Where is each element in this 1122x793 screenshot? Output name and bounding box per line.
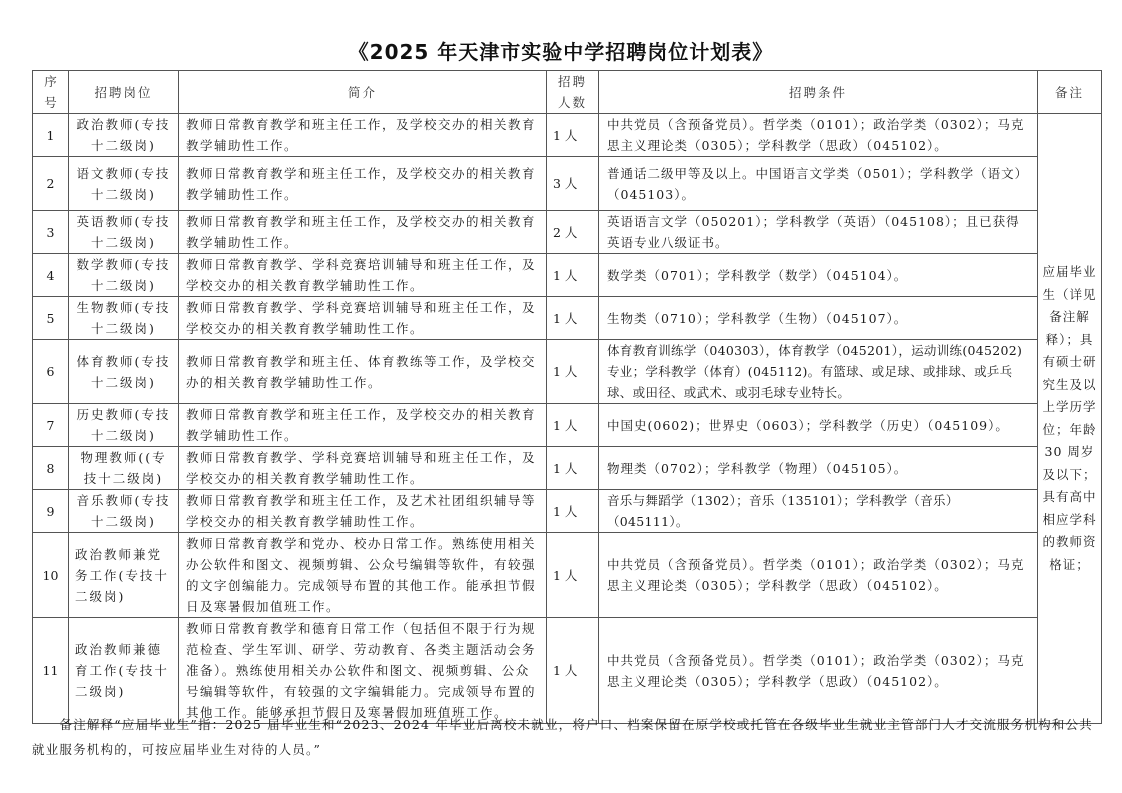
row-desc: 教师日常教育教学和班主任工作，及学校交办的相关教育教学辅助性工作。 <box>179 157 547 211</box>
row-post: 语文教师(专技十二级岗) <box>69 157 179 211</box>
row-desc: 教师日常教育教学和班主任工作，及学校交办的相关教育教学辅助性工作。 <box>179 211 547 254</box>
row-post: 政治教师(专技十二级岗) <box>69 114 179 157</box>
row-no: 11 <box>33 618 69 724</box>
row-desc: 教师日常教育教学和班主任工作，及学校交办的相关教育教学辅助性工作。 <box>179 404 547 447</box>
row-no: 4 <box>33 254 69 297</box>
row-post: 政治教师兼德育工作(专技十二级岗) <box>69 618 179 724</box>
row-requirements: 普通话二级甲等及以上。中国语言文学类（0501）；学科教学（语文）（045103… <box>599 157 1038 211</box>
table-row: 8 物理教师((专技十二级岗) 教师日常教育教学、学科竞赛培训辅导和班主任工作，… <box>33 447 1102 490</box>
row-post: 历史教师(专技十二级岗) <box>69 404 179 447</box>
row-requirements: 中共党员（含预备党员）。哲学类（0101）；政治学类（0302）；马克思主义理论… <box>599 533 1038 618</box>
row-count: 1 人 <box>547 490 599 533</box>
row-desc: 教师日常教育教学和班主任、体育教练等工作，及学校交办的相关教育教学辅助性工作。 <box>179 340 547 404</box>
row-post: 体育教师(专技十二级岗) <box>69 340 179 404</box>
header-desc: 简介 <box>179 71 547 114</box>
row-no: 2 <box>33 157 69 211</box>
row-count: 1 人 <box>547 340 599 404</box>
row-requirements: 中国史(0602)；世界史（0603）；学科教学（历史）（045109）。 <box>599 404 1038 447</box>
header-remark: 备注 <box>1038 71 1102 114</box>
row-post: 政治教师兼党务工作(专技十二级岗) <box>69 533 179 618</box>
row-no: 9 <box>33 490 69 533</box>
row-requirements: 音乐与舞蹈学（1302）；音乐（135101）；学科教学（音乐）（045111）… <box>599 490 1038 533</box>
row-count: 1 人 <box>547 404 599 447</box>
table-row: 10 政治教师兼党务工作(专技十二级岗) 教师日常教育教学和党办、校办日常工作。… <box>33 533 1102 618</box>
row-requirements: 物理类（0702）；学科教学（物理）（045105）。 <box>599 447 1038 490</box>
row-desc: 教师日常教育教学和党办、校办日常工作。熟练使用相关办公软件和图文、视频剪辑、公众… <box>179 533 547 618</box>
row-desc: 教师日常教育教学和班主任工作，及艺术社团组织辅导等学校交办的相关教育教学辅助性工… <box>179 490 547 533</box>
table-row: 7 历史教师(专技十二级岗) 教师日常教育教学和班主任工作，及学校交办的相关教育… <box>33 404 1102 447</box>
table-row: 5 生物教师(专技十二级岗) 教师日常教育教学、学科竞赛培训辅导和班主任工作，及… <box>33 297 1102 340</box>
row-count: 3 人 <box>547 157 599 211</box>
row-post: 音乐教师(专技十二级岗) <box>69 490 179 533</box>
row-count: 1 人 <box>547 618 599 724</box>
row-desc: 教师日常教育教学、学科竞赛培训辅导和班主任工作，及学校交办的相关教育教学辅助性工… <box>179 297 547 340</box>
recruitment-plan-table: 序号 招聘岗位 简介 招聘人数 招聘条件 备注 1 政治教师(专技十二级岗) 教… <box>32 70 1102 724</box>
row-count: 2 人 <box>547 211 599 254</box>
remark-cell: 应届毕业生（详见备注解释）；具有硕士研究生及以上学历学位；年龄 30 周岁及以下… <box>1038 114 1102 724</box>
footnote: 备注解释“应届毕业生”指：2025 届毕业生和“2023、2024 年毕业后离校… <box>32 712 1101 762</box>
document-title: 《2025 年天津市实验中学招聘岗位计划表》 <box>0 36 1122 65</box>
row-desc: 教师日常教育教学、学科竞赛培训辅导和班主任工作，及学校交办的相关教育教学辅助性工… <box>179 447 547 490</box>
header-post: 招聘岗位 <box>69 71 179 114</box>
header-requirements: 招聘条件 <box>599 71 1038 114</box>
row-post: 数学教师(专技十二级岗) <box>69 254 179 297</box>
row-desc: 教师日常教育教学和班主任工作，及学校交办的相关教育教学辅助性工作。 <box>179 114 547 157</box>
row-no: 6 <box>33 340 69 404</box>
row-requirements: 生物类（0710）；学科教学（生物）（045107）。 <box>599 297 1038 340</box>
table-row: 11 政治教师兼德育工作(专技十二级岗) 教师日常教育教学和德育日常工作（包括但… <box>33 618 1102 724</box>
row-requirements: 数学类（0701）；学科教学（数学）（045104）。 <box>599 254 1038 297</box>
row-requirements: 中共党员（含预备党员）。哲学类（0101）；政治学类（0302）；马克思主义理论… <box>599 618 1038 724</box>
row-no: 7 <box>33 404 69 447</box>
row-requirements: 中共党员（含预备党员）。哲学类（0101）；政治学类（0302）；马克思主义理论… <box>599 114 1038 157</box>
header-count: 招聘人数 <box>547 71 599 114</box>
row-post: 生物教师(专技十二级岗) <box>69 297 179 340</box>
row-count: 1 人 <box>547 114 599 157</box>
table-row: 1 政治教师(专技十二级岗) 教师日常教育教学和班主任工作，及学校交办的相关教育… <box>33 114 1102 157</box>
row-count: 1 人 <box>547 297 599 340</box>
row-no: 10 <box>33 533 69 618</box>
header-no: 序号 <box>33 71 69 114</box>
table-row: 6 体育教师(专技十二级岗) 教师日常教育教学和班主任、体育教练等工作，及学校交… <box>33 340 1102 404</box>
row-requirements: 体育教育训练学（040303），体育教学（045201），运动训练(045202… <box>599 340 1038 404</box>
row-count: 1 人 <box>547 447 599 490</box>
row-requirements: 英语语言文学（050201）；学科教学（英语）（045108）；且已获得英语专业… <box>599 211 1038 254</box>
row-desc: 教师日常教育教学和德育日常工作（包括但不限于行为规范检查、学生军训、研学、劳动教… <box>179 618 547 724</box>
row-no: 1 <box>33 114 69 157</box>
table-row: 3 英语教师(专技十二级岗) 教师日常教育教学和班主任工作，及学校交办的相关教育… <box>33 211 1102 254</box>
row-no: 8 <box>33 447 69 490</box>
table-header-row: 序号 招聘岗位 简介 招聘人数 招聘条件 备注 <box>33 71 1102 114</box>
row-post: 物理教师((专技十二级岗) <box>69 447 179 490</box>
table-row: 2 语文教师(专技十二级岗) 教师日常教育教学和班主任工作，及学校交办的相关教育… <box>33 157 1102 211</box>
row-no: 5 <box>33 297 69 340</box>
row-no: 3 <box>33 211 69 254</box>
row-count: 1 人 <box>547 533 599 618</box>
row-count: 1 人 <box>547 254 599 297</box>
row-desc: 教师日常教育教学、学科竞赛培训辅导和班主任工作，及学校交办的相关教育教学辅助性工… <box>179 254 547 297</box>
table-row: 4 数学教师(专技十二级岗) 教师日常教育教学、学科竞赛培训辅导和班主任工作，及… <box>33 254 1102 297</box>
row-post: 英语教师(专技十二级岗) <box>69 211 179 254</box>
table-row: 9 音乐教师(专技十二级岗) 教师日常教育教学和班主任工作，及艺术社团组织辅导等… <box>33 490 1102 533</box>
